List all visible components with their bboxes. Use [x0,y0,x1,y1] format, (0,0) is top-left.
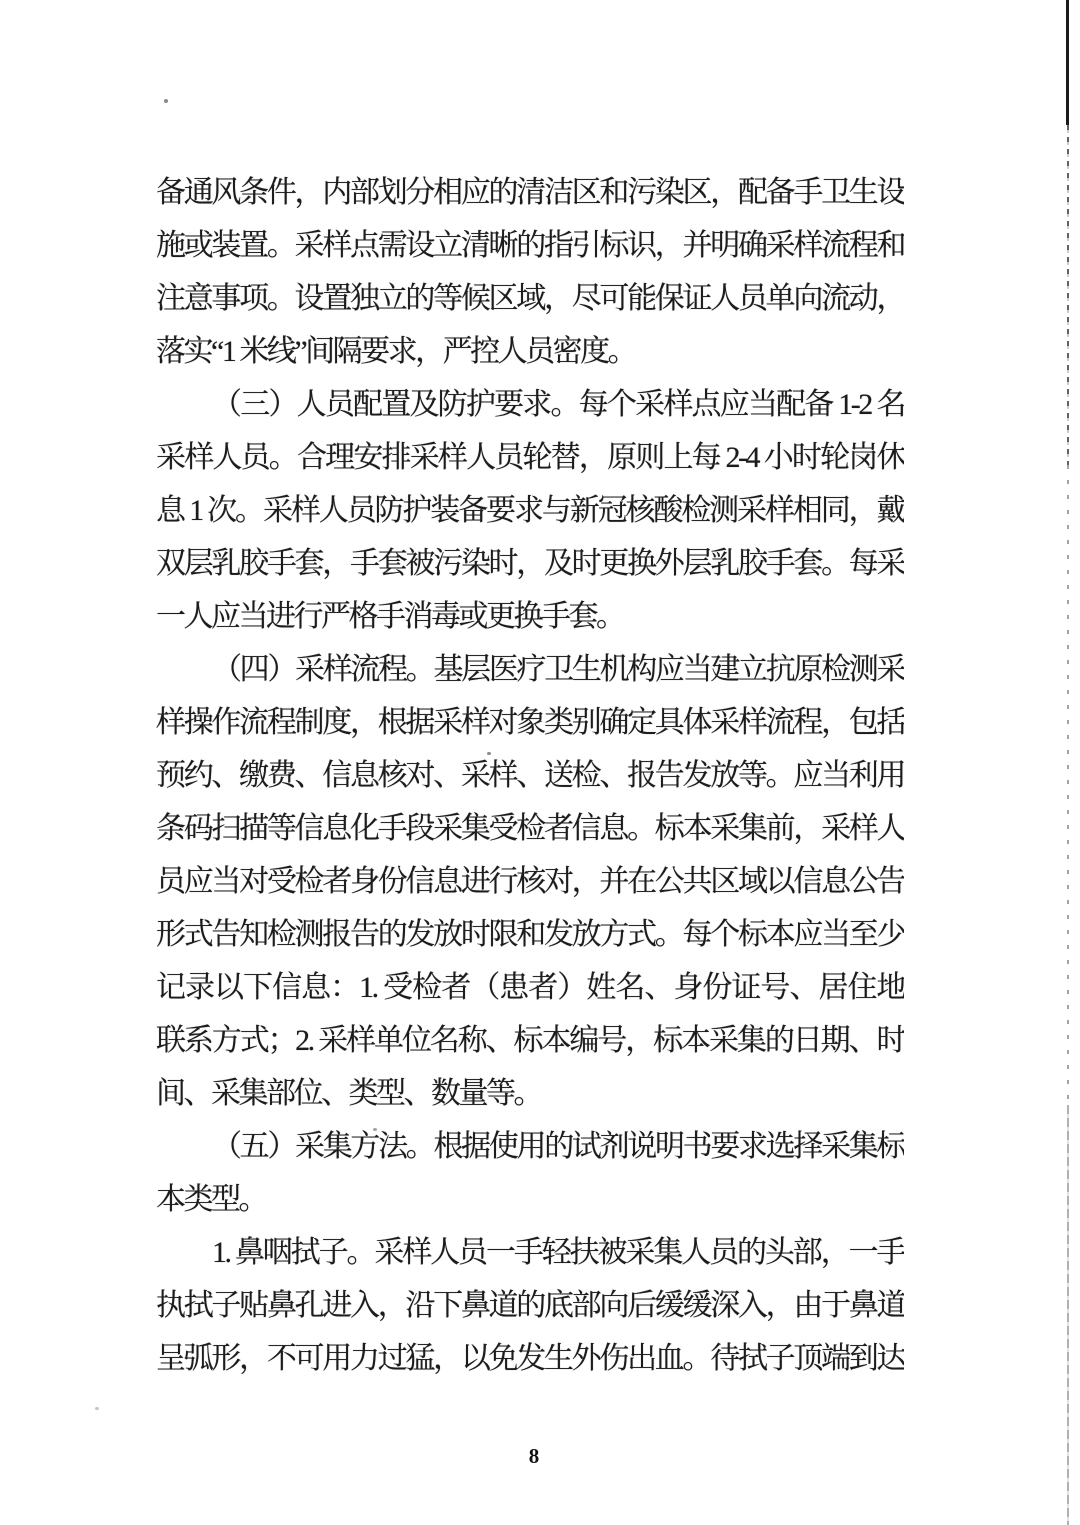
scan-speck [244,1079,247,1082]
text-line: 记录以下信息：1. 受检者（患者）姓名、身份证号、居住地址、 [156,961,904,1014]
text-line: 形式告知检测报告的发放时限和发放方式。每个标本应当至少 [156,908,904,961]
text-line: 本类型。 [156,1173,904,1226]
text-line: 预约、缴费、信息核对、采样、送检、报告发放等。应当利用 [156,749,904,802]
scan-speck [487,752,491,755]
text-line: （四）采样流程。基层医疗卫生机构应当建立抗原检测采 [156,643,904,696]
document-page: 备通风条件，内部划分相应的清洁区和污染区，配备手卫生设 施或装置。采样点需设立清… [0,0,1080,1525]
text-line: 联系方式；2. 采样单位名称、标本编号，标本采集的日期、时 [156,1014,904,1067]
text-line: 样操作流程制度，根据采样对象类别确定具体采样流程，包括 [156,696,904,749]
text-line: 备通风条件，内部划分相应的清洁区和污染区，配备手卫生设 [156,166,904,219]
text-line: 一人应当进行严格手消毒或更换手套。 [156,590,904,643]
text-line: 施或装置。采样点需设立清晰的指引标识，并明确采样流程和 [156,219,904,272]
scan-artifact-line [1067,465,1069,1105]
text-line: 双层乳胶手套，手套被污染时，及时更换外层乳胶手套。每采 [156,537,904,590]
text-line: 执拭子贴鼻孔进入，沿下鼻道的底部向后缓缓深入，由于鼻道 [156,1279,904,1332]
text-line: 条码扫描等信息化手段采集受检者信息。标本采集前，采样人 [156,802,904,855]
document-text-block: 备通风条件，内部划分相应的清洁区和污染区，配备手卫生设 施或装置。采样点需设立清… [156,166,904,1385]
text-line: 间、采集部位、类型、数量等。 [156,1067,904,1120]
scan-speck [164,99,168,103]
page-number: 8 [0,1444,1068,1469]
scan-speck [95,1407,99,1410]
text-line: 呈弧形，不可用力过猛，以免发生外伤出血。待拭子顶端到达 [156,1332,904,1385]
text-line: （五）采集方法。根据使用的试剂说明书要求选择采集标 [156,1120,904,1173]
text-line: 1. 鼻咽拭子。采样人员一手轻扶被采集人员的头部，一手 [156,1226,904,1279]
scan-speck [373,1128,377,1131]
text-line: （三）人员配置及防护要求。每个采样点应当配备 1-2 名 [156,378,904,431]
scan-artifact-line [1067,125,1069,465]
scan-artifact-line [1066,0,1069,125]
scan-artifact-line [1067,1105,1069,1525]
text-line: 息 1 次。采样人员防护装备要求与新冠核酸检测采样相同，戴 [156,484,904,537]
text-line: 落实“1 米线”间隔要求，严控人员密度。 [156,325,904,378]
text-line: 员应当对受检者身份信息进行核对，并在公共区域以信息公告 [156,855,904,908]
text-line: 注意事项。设置独立的等候区域，尽可能保证人员单向流动， [156,272,904,325]
text-line: 采样人员。合理安排采样人员轮替，原则上每 2-4 小时轮岗休 [156,431,904,484]
